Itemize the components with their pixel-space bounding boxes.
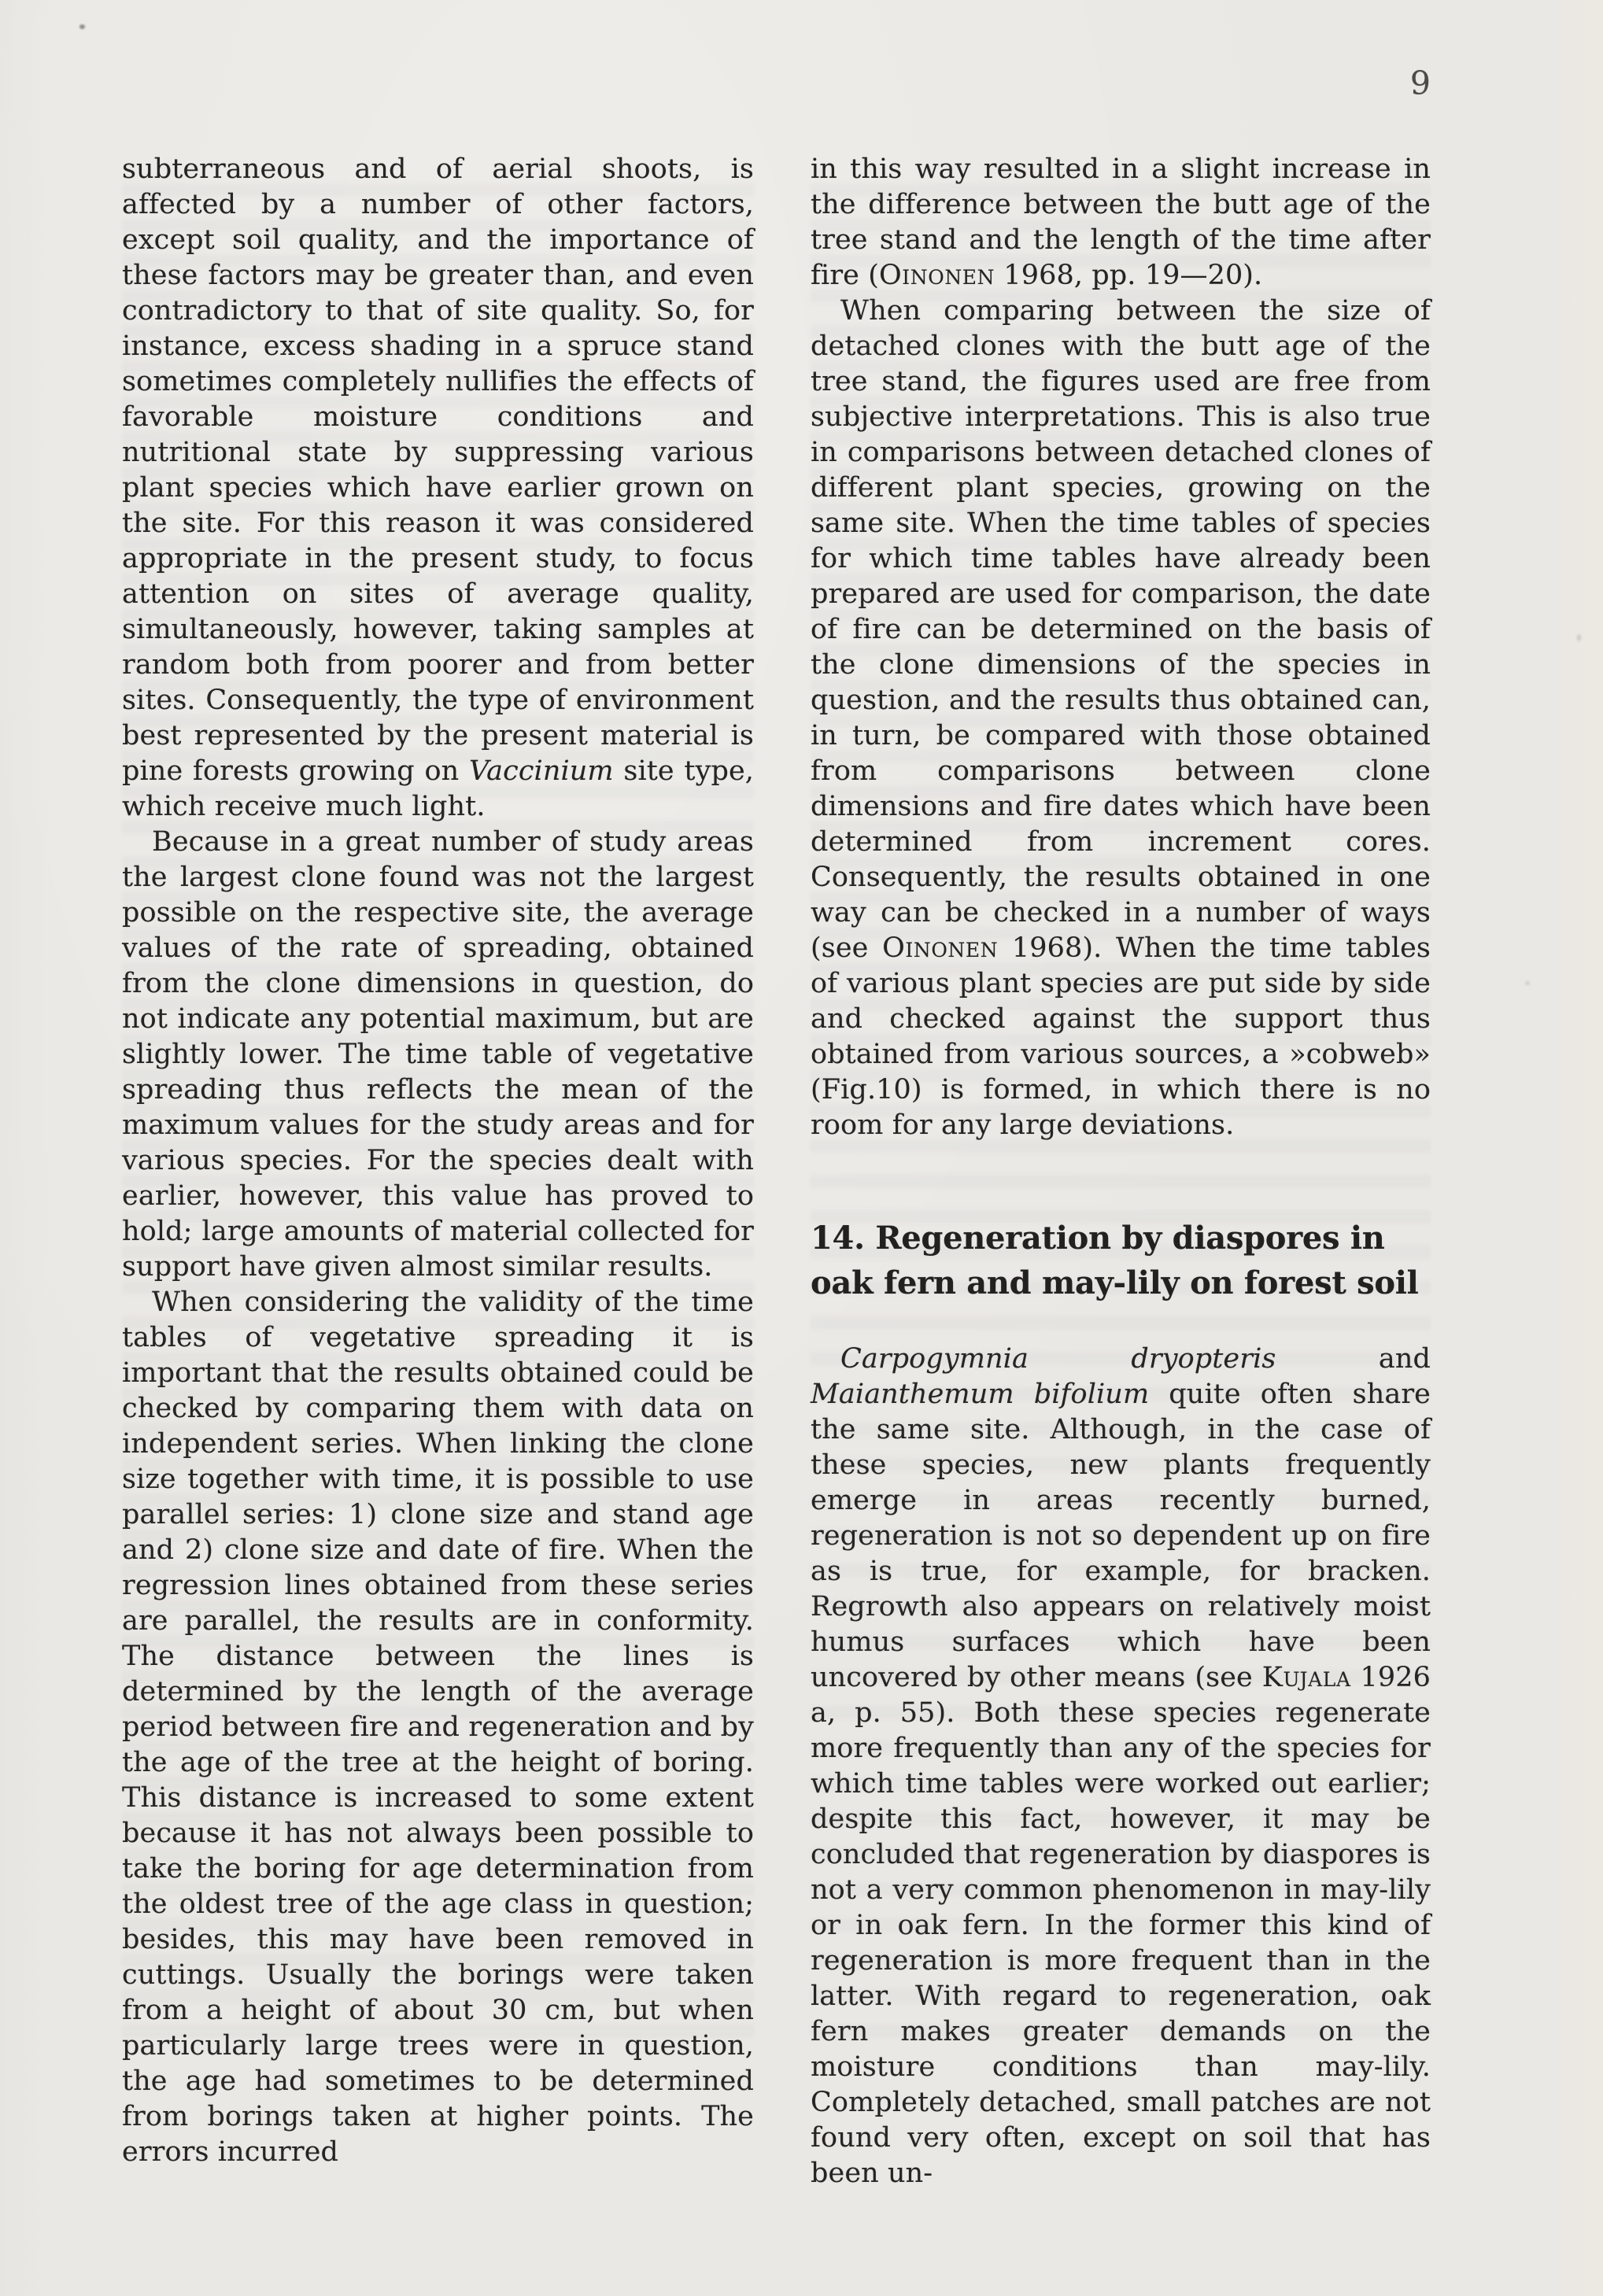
paragraph: When considering the validity of the tim… [122,1285,754,2170]
scan-speck [79,24,85,29]
text-run: quite often share the same site. Althoug… [811,1379,1431,1693]
scan-speck [1525,981,1530,985]
right-column-text-before-heading: in this way resulted in a slight increas… [811,152,1431,1143]
section-heading: 14. Regeneration by diaspores in oak fer… [811,1216,1431,1305]
text-run-smallcaps: Oinonen [879,260,995,291]
scanned-paper-page: 9 subterraneous and of aerial shoots, is… [0,0,1603,2296]
right-column: in this way resulted in a slight increas… [811,152,1431,2191]
text-run: 1968, pp. 19—20). [995,260,1262,291]
text-run: subterraneous and of aerial shoots, is a… [122,153,754,787]
page-number: 9 [1338,68,1431,100]
text-run-smallcaps: Oinonen [882,932,998,964]
text-run-smallcaps: Kujala [1262,1662,1351,1693]
text-run-italic: Vaccinium [469,755,614,787]
text-run-italic: Maianthemum bifolium [811,1379,1149,1410]
paragraph: Because in a great number of study areas… [122,825,754,1285]
text-run: Because in a great number of study areas… [122,826,754,1283]
paragraph: When comparing between the size of detac… [811,293,1431,1143]
text-run: 1926 a, p. 55). Both these species regen… [811,1662,1431,2189]
text-run: and [1276,1343,1431,1375]
scan-speck [1577,634,1581,641]
text-run-italic: Carpogymnia dryopteris [840,1343,1276,1375]
right-column-text-after-heading: Carpogymnia dryopteris and Maianthemum b… [811,1342,1431,2191]
text-run: When comparing between the size of detac… [811,295,1431,964]
paragraph: subterraneous and of aerial shoots, is a… [122,152,754,825]
paragraph: in this way resulted in a slight increas… [811,152,1431,293]
left-column-text: subterraneous and of aerial shoots, is a… [122,152,754,2170]
paragraph: Carpogymnia dryopteris and Maianthemum b… [811,1342,1431,2191]
text-run: When considering the validity of the tim… [122,1286,754,2168]
